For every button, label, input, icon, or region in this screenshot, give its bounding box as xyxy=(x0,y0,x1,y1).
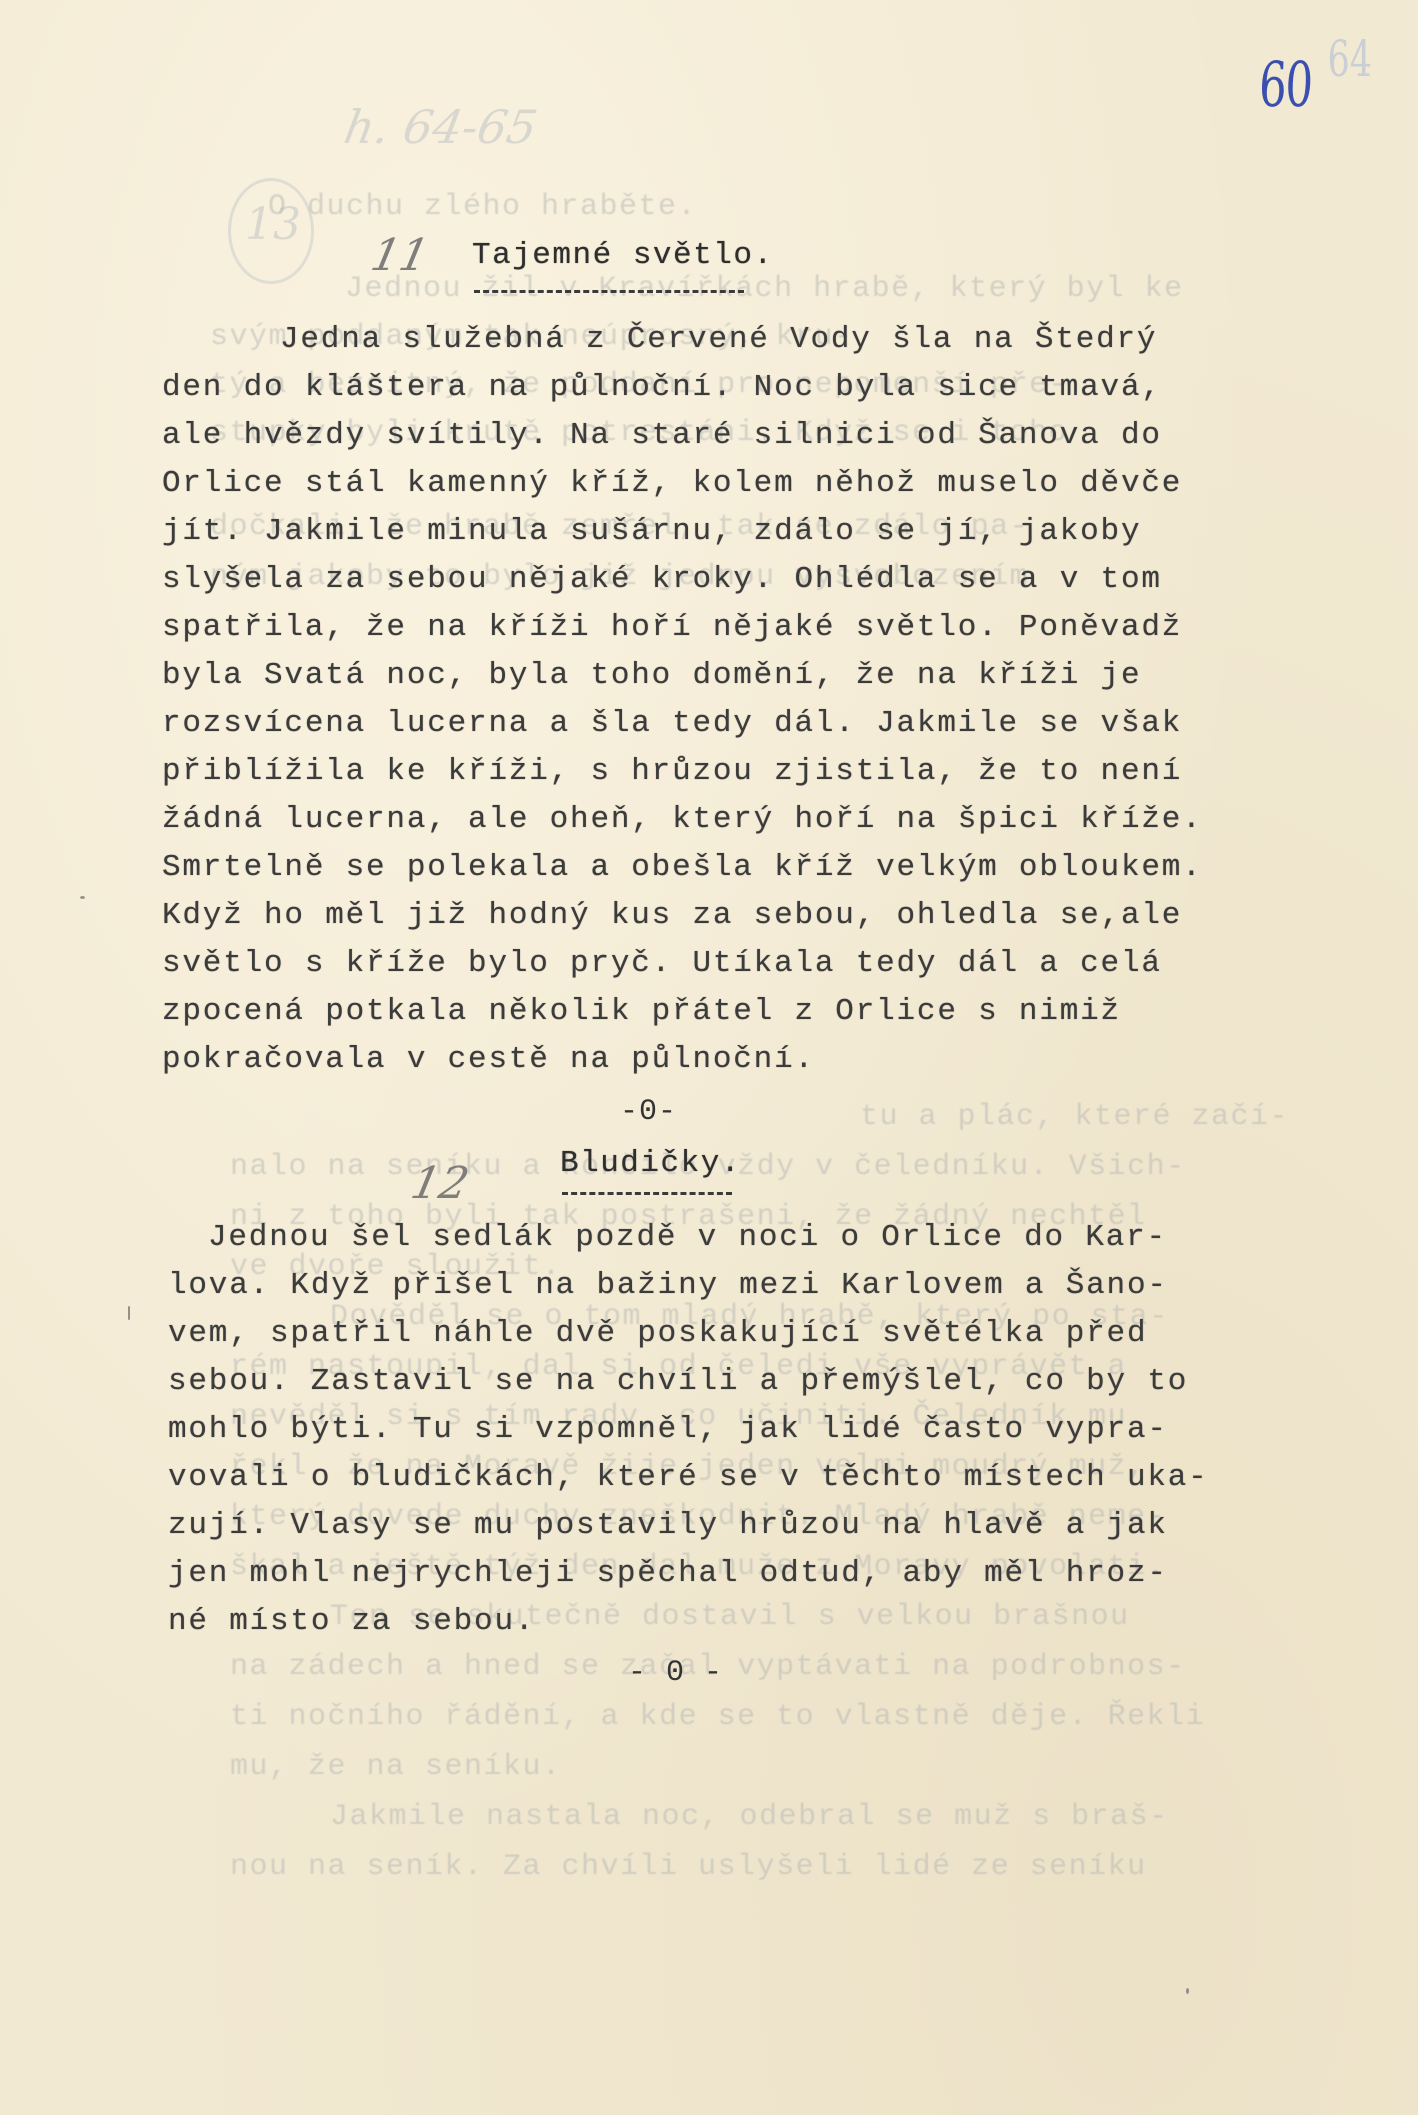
text-line: Orlice stál kamenný kříž, kolem něhož mu… xyxy=(162,466,1182,501)
text-line: den do kláštera na půlnoční. Noc byla si… xyxy=(162,370,1162,405)
text-line: rozsvícena lucerna a šla tedy dál. Jakmi… xyxy=(162,706,1182,741)
ink-speck xyxy=(80,896,85,899)
text-line: Jednou šel sedlák pozdě v noci o Orlice … xyxy=(208,1220,1167,1255)
text-line: žádná lucerna, ale oheň, který hoří na š… xyxy=(162,802,1203,837)
text-line: Když ho měl již hodný kus za sebou, ohle… xyxy=(162,898,1182,933)
text-line: spatřila, že na kříži hoří nějaké světlo… xyxy=(162,610,1182,645)
text-line: sebou. Zastavil se na chvíli a přemýšlel… xyxy=(168,1364,1188,1399)
text-line: pokračovala v cestě na půlnoční. xyxy=(162,1042,815,1077)
story-title: Bludičky. xyxy=(560,1146,741,1181)
text-line: mohlo býti. Tu si vzpomněl, jak lidé čas… xyxy=(168,1412,1168,1447)
margin-story-number: 11 xyxy=(367,230,434,281)
page-number-handwritten: 60 xyxy=(1257,48,1313,121)
text-line: zpocená potkala několik přátel z Orlice … xyxy=(162,994,1121,1029)
text-line: ale hvězdy svítily. Na staré silnici od … xyxy=(162,418,1162,453)
story-title: Tajemné světlo. xyxy=(472,238,774,273)
text-line: vem, spatřil náhle dvě poskakující světé… xyxy=(168,1316,1147,1351)
text-line: jít. Jakmile minula sušárnu, zdálo se jí… xyxy=(162,514,1141,549)
ink-mark xyxy=(128,1306,130,1320)
text-line: lova. Když přišel na bažiny mezi Karlove… xyxy=(168,1268,1168,1303)
scanned-page: h. 64-65 13 O duchu zlého hraběte. Jedno… xyxy=(0,0,1418,2115)
text-line: slyšela za sebou nějaké kroky. Ohlédla s… xyxy=(162,562,1162,597)
ink-speck xyxy=(1186,1988,1189,1994)
bleed-handwritten-reference: h. 64-65 xyxy=(340,100,541,154)
margin-story-number: 12 xyxy=(407,1158,474,1209)
text-line: Smrtelně se polekala a obešla kříž velký… xyxy=(162,850,1203,885)
text-line: zují. Vlasy se mu postavily hrůzou na hl… xyxy=(168,1508,1168,1543)
section-separator: -0- xyxy=(620,1095,677,1129)
section-separator: - 0 - xyxy=(628,1656,723,1690)
text-line: jen mohl nejrychleji spěchal odtud, aby … xyxy=(168,1556,1168,1591)
text-line: světlo s kříže bylo pryč. Utíkala tedy d… xyxy=(162,946,1162,981)
faint-page-number: 64 xyxy=(1328,30,1373,88)
title-underline xyxy=(474,290,744,293)
text-line: né místo za sebou. xyxy=(168,1604,535,1639)
text-line: byla Svatá noc, byla toho domění, že na … xyxy=(162,658,1141,693)
text-line: přiblížila ke kříži, s hrůzou zjistila, … xyxy=(162,754,1182,789)
title-underline xyxy=(562,1192,732,1195)
text-line: Jedna služebná z Červené Vody šla na Šte… xyxy=(280,322,1157,357)
text-line: vovali o bludičkách, které se v těchto m… xyxy=(168,1460,1209,1495)
